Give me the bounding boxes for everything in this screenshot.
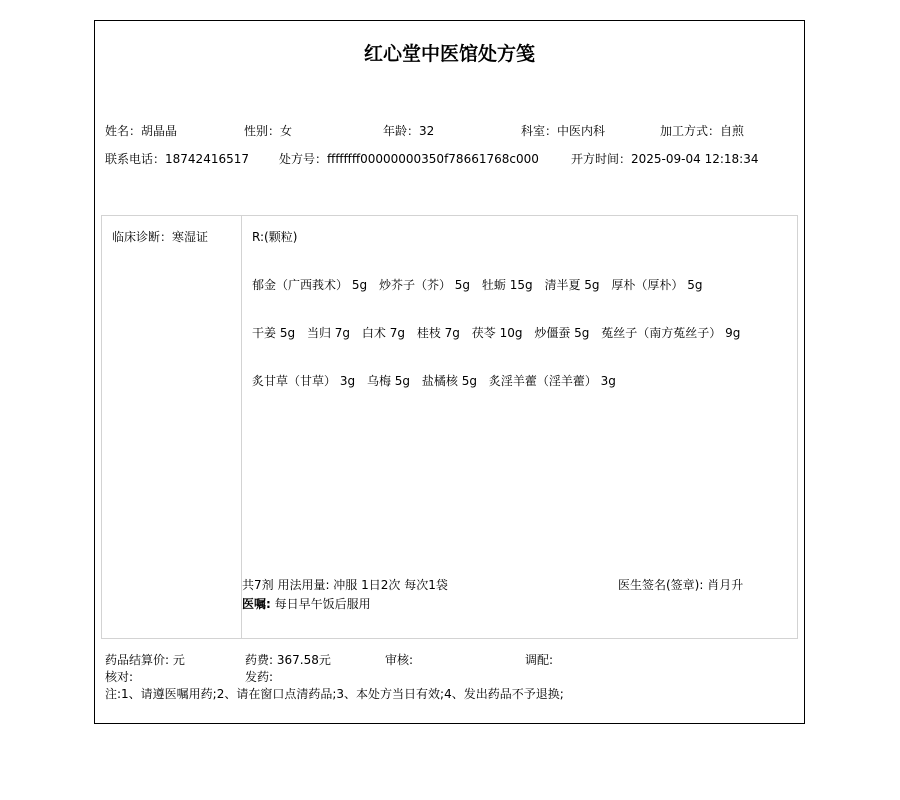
herb-name: 炒芥子（芥） — [379, 278, 451, 292]
issue-drug-label: 发药: — [245, 670, 273, 684]
processing-method: 自煎 — [720, 124, 744, 138]
advice-label: 医嘱: — [242, 597, 271, 611]
herb-dose: 5g — [584, 278, 599, 292]
review-field: 审核: — [385, 651, 413, 668]
department-label: 科室： — [521, 124, 557, 138]
herb-name: 乌梅 — [367, 374, 391, 388]
patient-info-row-1: 姓名：胡晶晶 性别：女 年龄：32 科室：中医内科 加工方式：自煎 — [95, 122, 804, 140]
herb-dose: 5g — [352, 278, 367, 292]
herb-dose: 5g — [574, 326, 589, 340]
herb-name: 桂枝 — [417, 326, 441, 340]
patient-name-field: 姓名：胡晶晶 — [105, 122, 177, 139]
herb-name: 干姜 — [252, 326, 276, 340]
settle-price-label: 药品结算价: — [105, 653, 169, 667]
department: 中医内科 — [557, 124, 605, 138]
herb-dose: 7g — [390, 326, 405, 340]
drug-fee: 367.58元 — [273, 653, 331, 667]
herb-line: 干姜 5g 当归 7g 白术 7g 桂枝 7g 茯苓 10g 炒僵蚕 5g 菟丝… — [252, 324, 748, 341]
herb-name: 牡蛎 — [482, 278, 506, 292]
check-label: 核对: — [105, 670, 133, 684]
footer-notes: 注:1、请遵医嘱用药;2、请在窗口点清药品;3、本处方当日有效;4、发出药品不予… — [95, 685, 804, 702]
patient-age-field: 年龄：32 — [383, 122, 434, 139]
herb-name: 白术 — [362, 326, 386, 340]
patient-age: 32 — [419, 124, 434, 138]
prescription-sheet: 红心堂中医馆处方笺 姓名：胡晶晶 性别：女 年龄：32 科室：中医内科 加工方式… — [94, 20, 805, 724]
department-field: 科室：中医内科 — [521, 122, 605, 139]
check-field: 核对: — [105, 668, 133, 685]
herb-dose: 5g — [280, 326, 295, 340]
herb-dose: 5g — [395, 374, 410, 388]
herb-item: 乌梅 5g — [367, 374, 410, 388]
doctor-signature: 医生签名(签章): 肖月升 — [618, 576, 743, 593]
issue-drug-field: 发药: — [245, 668, 273, 685]
advice-value: 每日早午饭后服用 — [271, 597, 371, 611]
page-title: 红心堂中医馆处方笺 — [95, 39, 804, 66]
herb-dose: 5g — [462, 374, 477, 388]
herb-name: 清半夏 — [544, 278, 580, 292]
patient-gender-field: 性别：女 — [244, 122, 292, 139]
rx-time-field: 开方时间：2025-09-04 12:18:34 — [571, 150, 758, 167]
doctor-name: 肖月升 — [703, 578, 743, 592]
herb-dose: 5g — [455, 278, 470, 292]
patient-gender-label: 性别： — [244, 124, 280, 138]
patient-name-label: 姓名： — [105, 124, 141, 138]
herb-name: 炙甘草（甘草） — [252, 374, 336, 388]
herb-name: 郁金（广西莪术） — [252, 278, 348, 292]
herb-item: 茯苓 10g — [472, 326, 523, 340]
herb-name: 炙淫羊藿（淫羊藿） — [489, 374, 597, 388]
herb-item: 厚朴（厚朴） 5g — [611, 278, 702, 292]
herb-dose: 3g — [601, 374, 616, 388]
diagnosis: 临床诊断：寒湿证 — [112, 228, 208, 245]
usage-dosage: 共7剂 用法用量: 冲服 1日2次 每次1袋 — [242, 576, 448, 593]
footer-row-2: 核对: 发药: — [95, 668, 804, 685]
herb-name: 当归 — [307, 326, 331, 340]
rx-time: 2025-09-04 12:18:34 — [631, 152, 758, 166]
herb-item: 盐橘核 5g — [422, 374, 477, 388]
review-label: 审核: — [385, 653, 413, 667]
herb-dose: 5g — [687, 278, 702, 292]
notes-text: 注:1、请遵医嘱用药;2、请在窗口点清药品;3、本处方当日有效;4、发出药品不予… — [105, 685, 564, 702]
herb-dose: 15g — [510, 278, 533, 292]
phone-field: 联系电话：18742416517 — [105, 150, 249, 167]
herb-dose: 3g — [340, 374, 355, 388]
herb-item: 桂枝 7g — [417, 326, 460, 340]
diagnosis-label: 临床诊断： — [112, 230, 172, 244]
medical-advice: 医嘱: 每日早午饭后服用 — [242, 595, 371, 612]
rx-number-label: 处方号： — [279, 152, 327, 166]
column-divider — [241, 216, 242, 638]
rx-number: ffffffff00000000350f78661768c000 — [327, 152, 539, 166]
herb-dose: 7g — [445, 326, 460, 340]
dispense-mix-field: 调配: — [525, 651, 553, 668]
herb-item: 干姜 5g — [252, 326, 295, 340]
herb-line: 炙甘草（甘草） 3g 乌梅 5g 盐橘核 5g 炙淫羊藿（淫羊藿） 3g — [252, 372, 624, 389]
herb-name: 菟丝子（南方菟丝子） — [601, 326, 721, 340]
herb-item: 炒僵蚕 5g — [534, 326, 589, 340]
herb-dose: 7g — [335, 326, 350, 340]
herb-item: 牡蛎 15g — [482, 278, 533, 292]
patient-gender: 女 — [280, 124, 292, 138]
rx-header: R:(颗粒) — [252, 228, 297, 245]
rx-time-label: 开方时间： — [571, 152, 631, 166]
herb-name: 厚朴（厚朴） — [611, 278, 683, 292]
phone-label: 联系电话： — [105, 152, 165, 166]
herb-item: 白术 7g — [362, 326, 405, 340]
herb-item: 炒芥子（芥） 5g — [379, 278, 470, 292]
patient-name: 胡晶晶 — [141, 124, 177, 138]
herb-item: 清半夏 5g — [544, 278, 599, 292]
herb-item: 当归 7g — [307, 326, 350, 340]
rx-number-field: 处方号：ffffffff00000000350f78661768c000 — [279, 150, 539, 167]
diagnosis-value: 寒湿证 — [172, 230, 208, 244]
herb-dose: 9g — [725, 326, 740, 340]
processing-method-label: 加工方式： — [660, 124, 720, 138]
herb-item: 菟丝子（南方菟丝子） 9g — [601, 326, 740, 340]
dispense-mix-label: 调配: — [525, 653, 553, 667]
herb-line: 郁金（广西莪术） 5g 炒芥子（芥） 5g 牡蛎 15g 清半夏 5g 厚朴（厚… — [252, 276, 710, 293]
herb-name: 盐橘核 — [422, 374, 458, 388]
drug-fee-label: 药费: — [245, 653, 273, 667]
herb-item: 炙淫羊藿（淫羊藿） 3g — [489, 374, 616, 388]
herb-item: 炙甘草（甘草） 3g — [252, 374, 355, 388]
settle-price-field: 药品结算价: 元 — [105, 651, 185, 668]
phone: 18742416517 — [165, 152, 249, 166]
processing-method-field: 加工方式：自煎 — [660, 122, 744, 139]
patient-age-label: 年龄： — [383, 124, 419, 138]
herb-name: 炒僵蚕 — [534, 326, 570, 340]
settle-price: 元 — [169, 653, 185, 667]
herb-name: 茯苓 — [472, 326, 496, 340]
doctor-signature-label: 医生签名(签章): — [618, 578, 703, 592]
drug-fee-field: 药费: 367.58元 — [245, 651, 331, 668]
footer-row-1: 药品结算价: 元 药费: 367.58元 审核: 调配: — [95, 651, 804, 668]
prescription-box: 临床诊断：寒湿证 R:(颗粒) 郁金（广西莪术） 5g 炒芥子（芥） 5g 牡蛎… — [101, 215, 798, 639]
herb-dose: 10g — [500, 326, 523, 340]
patient-info-row-2: 联系电话：18742416517 处方号：ffffffff00000000350… — [95, 150, 804, 168]
herb-item: 郁金（广西莪术） 5g — [252, 278, 367, 292]
